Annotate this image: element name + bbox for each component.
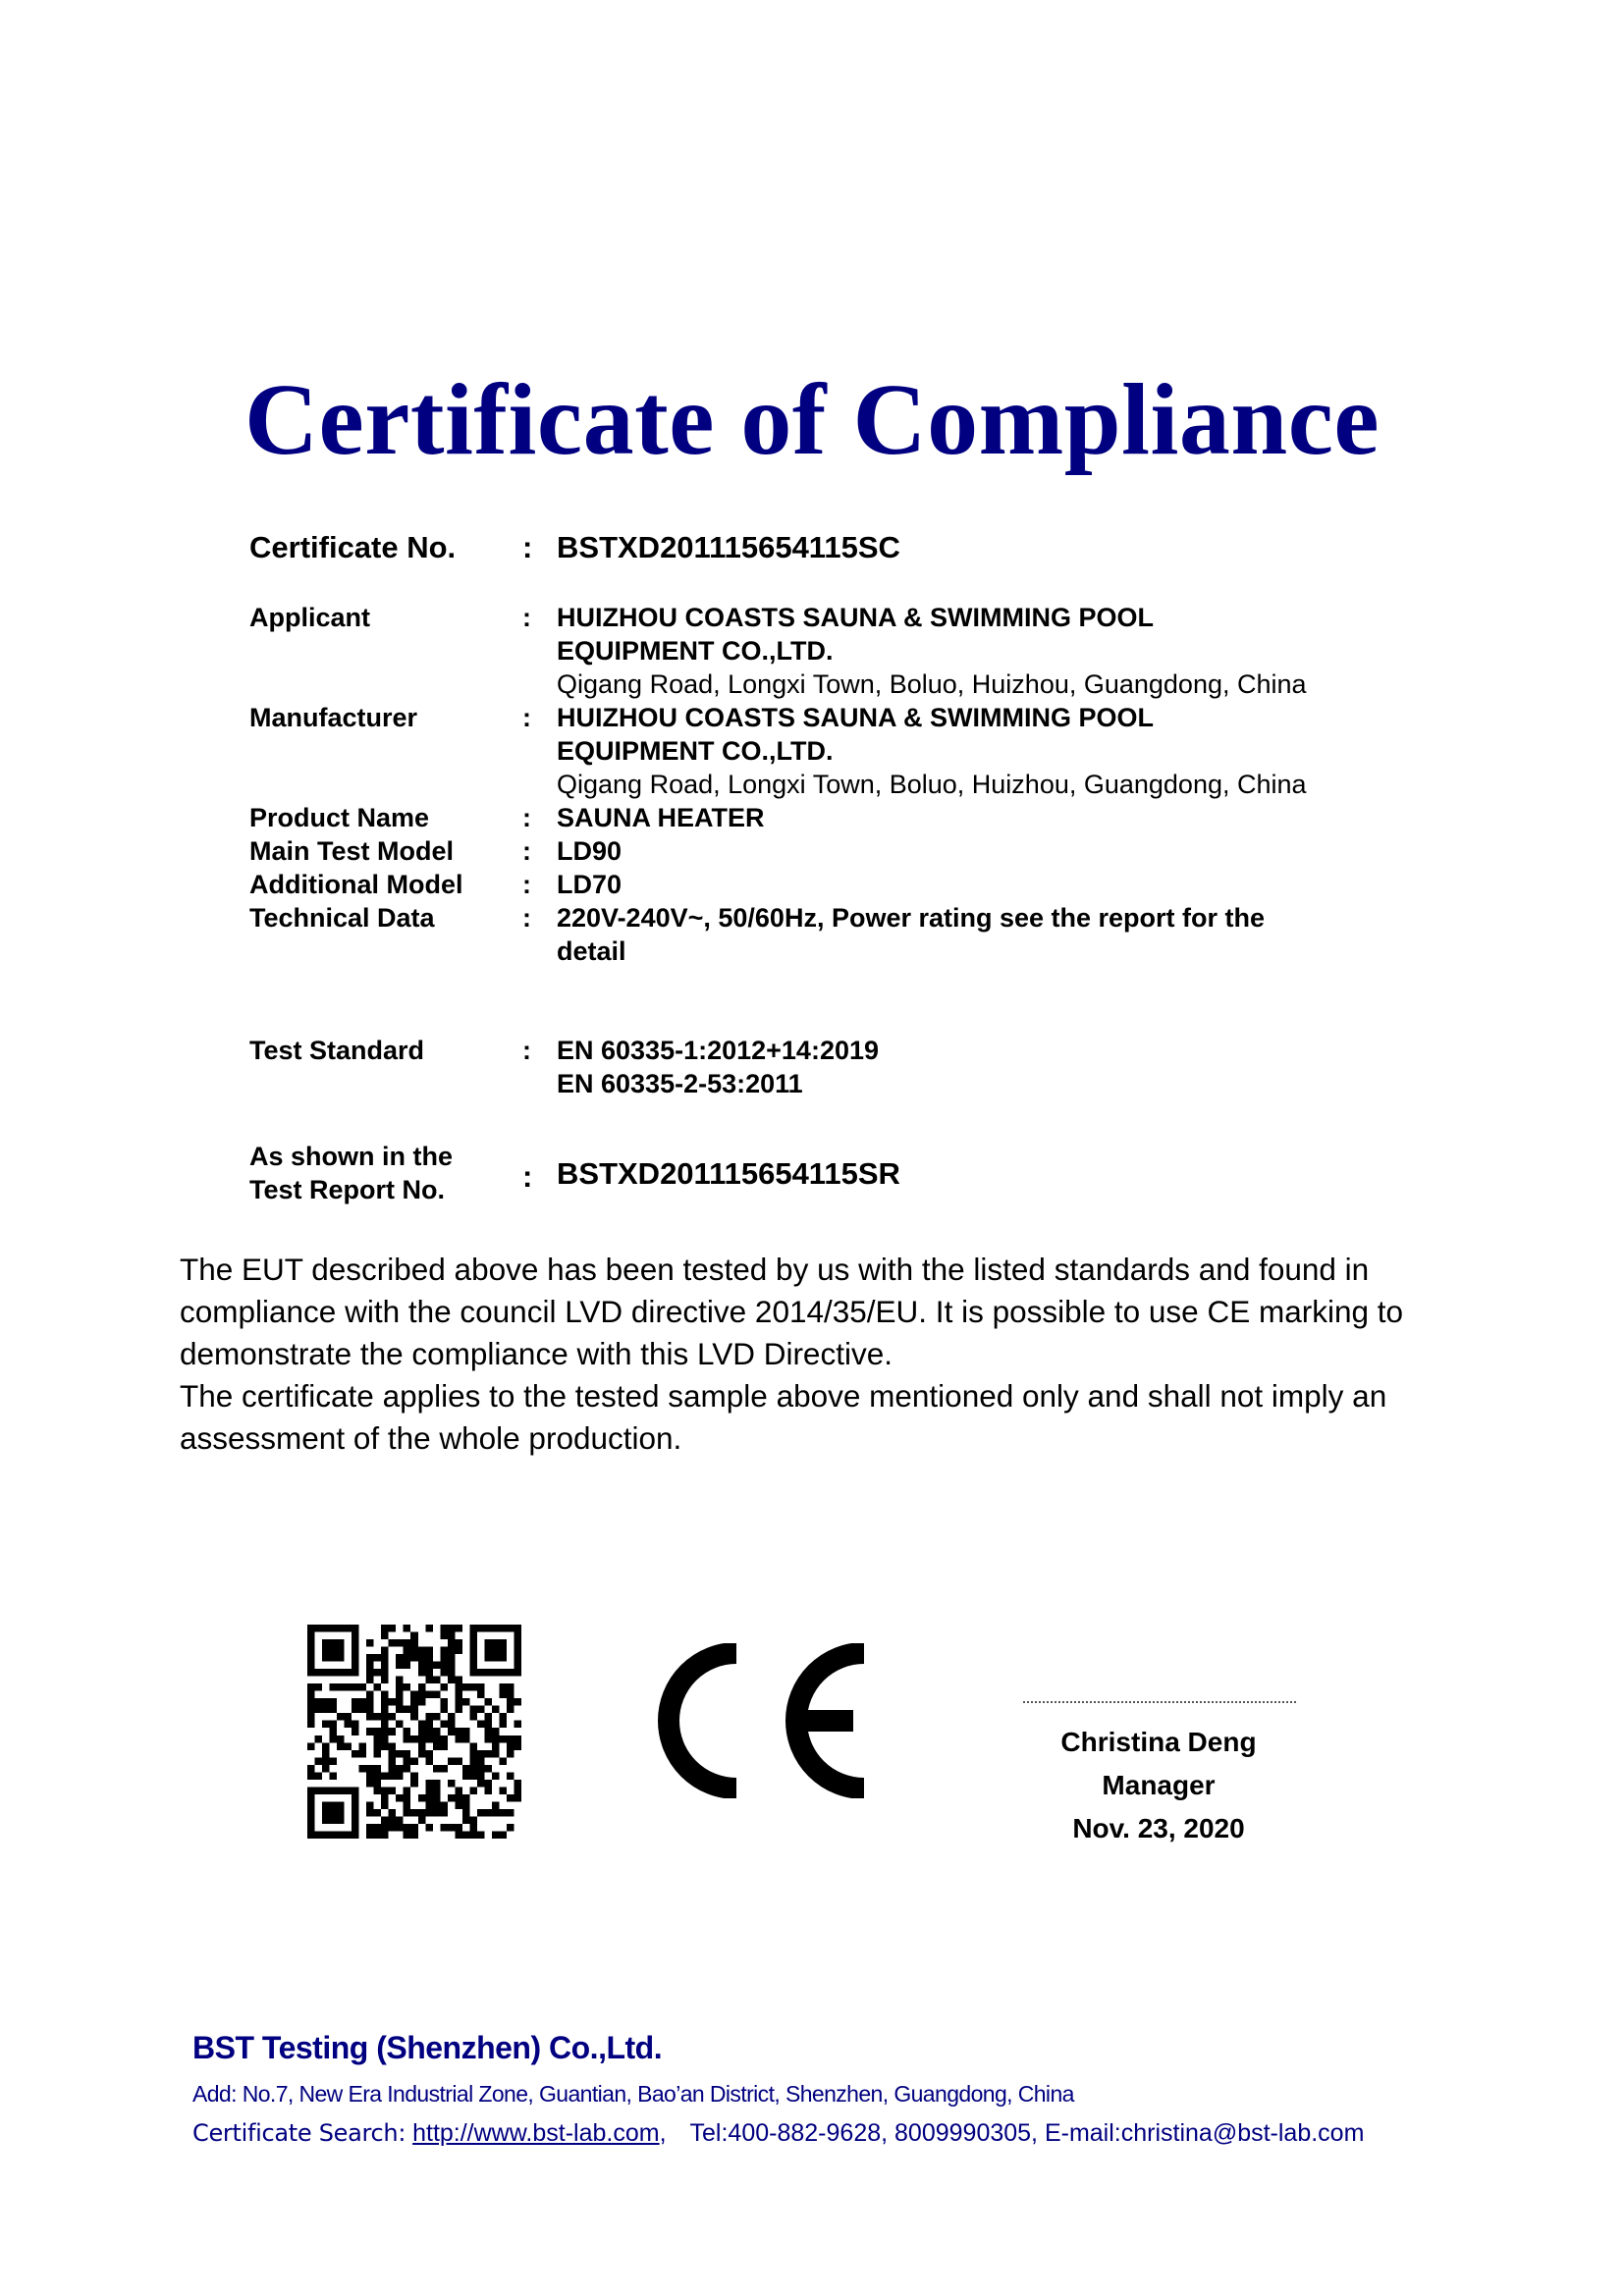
signature-date: Nov. 23, 2020 [1011,1807,1306,1850]
signature-block: Christina Deng Manager Nov. 23, 2020 [1011,1701,1306,1850]
field-value: HUIZHOU COASTS SAUNA & SWIMMING POOL EQU… [557,601,1307,701]
field-label: Technical Data [249,901,435,934]
applicant-name-line1: HUIZHOU COASTS SAUNA & SWIMMING POOL [557,601,1307,634]
manufacturer-address: Qigang Road, Longxi Town, Boluo, Huizhou… [557,768,1307,801]
field-label: Manufacturer [249,701,417,734]
field-value: SAUNA HEATER [557,801,765,834]
field-value: LD90 [557,834,622,868]
field-label: Additional Model [249,868,462,901]
statement-paragraph-1: The EUT described above has been tested … [180,1249,1446,1375]
certificate-search: Certificate Search: http://www.bst-lab.c… [192,2116,1364,2150]
product-name: SAUNA HEATER [557,801,765,834]
certificate-number: BSTXD201115654115SC [557,528,900,567]
manufacturer-name-line2: EQUIPMENT CO.,LTD. [557,734,1307,768]
field-colon: : [522,701,531,734]
field-value: 220V-240V~, 50/60Hz, Power rating see th… [557,901,1265,968]
main-test-model: LD90 [557,834,622,868]
signature-line [1023,1701,1296,1703]
additional-model: LD70 [557,868,622,901]
certificate-title: Certificate of Compliance [0,361,1624,479]
issuer-contact: Tel:400-882-9628, 8009990305, E-mail:chr… [690,2119,1365,2147]
test-report-number: BSTXD201115654115SR [557,1154,900,1194]
field-label: As shown in the Test Report No. [249,1140,453,1206]
issuer-footer: BST Testing (Shenzhen) Co.,Ltd. Add: No.… [192,2028,1364,2150]
applicant-address: Qigang Road, Longxi Town, Boluo, Huizhou… [557,667,1307,701]
qr-code-icon[interactable] [307,1625,521,1839]
field-value: BSTXD201115654115SC [557,528,900,567]
test-standard-1: EN 60335-1:2012+14:2019 [557,1034,879,1067]
field-colon: : [522,801,531,834]
field-value: BSTXD201115654115SR [557,1154,900,1194]
signatory-name: Christina Deng [1011,1721,1306,1764]
technical-data-line2: detail [557,934,1265,968]
field-colon: : [522,601,531,634]
issuer-company: BST Testing (Shenzhen) Co.,Ltd. [192,2028,1364,2067]
field-label: Main Test Model [249,834,454,868]
link-suffix: , [660,2119,667,2147]
field-colon: : [522,528,532,567]
field-label-line1: As shown in the [249,1140,453,1173]
field-label: Test Standard [249,1034,424,1067]
field-value: LD70 [557,868,622,901]
field-colon: : [522,1034,531,1067]
field-colon: : [522,834,531,868]
signatory-role: Manager [1011,1764,1306,1807]
manufacturer-name-line1: HUIZHOU COASTS SAUNA & SWIMMING POOL [557,701,1307,734]
test-standard-2: EN 60335-2-53:2011 [557,1067,879,1100]
certificate-search-link[interactable]: http://www.bst-lab.com [412,2119,659,2147]
applicant-name-line2: EQUIPMENT CO.,LTD. [557,634,1307,667]
field-colon: : [522,901,531,934]
compliance-statement: The EUT described above has been tested … [180,1249,1446,1460]
field-label: Certificate No. [249,528,456,567]
field-label: Applicant [249,601,370,634]
statement-paragraph-2: The certificate applies to the tested sa… [180,1375,1446,1460]
field-value: EN 60335-1:2012+14:2019 EN 60335-2-53:20… [557,1034,879,1100]
field-label-line2: Test Report No. [249,1173,453,1206]
ce-mark-icon [656,1643,874,1798]
technical-data-line1: 220V-240V~, 50/60Hz, Power rating see th… [557,901,1265,934]
field-value: HUIZHOU COASTS SAUNA & SWIMMING POOL EQU… [557,701,1307,801]
field-colon: : [522,1157,532,1197]
certificate-search-label: Certificate Search: [192,2119,406,2147]
field-colon: : [522,868,531,901]
issuer-address: Add: No.7, New Era Industrial Zone, Guan… [192,2079,1364,2109]
field-label: Product Name [249,801,429,834]
